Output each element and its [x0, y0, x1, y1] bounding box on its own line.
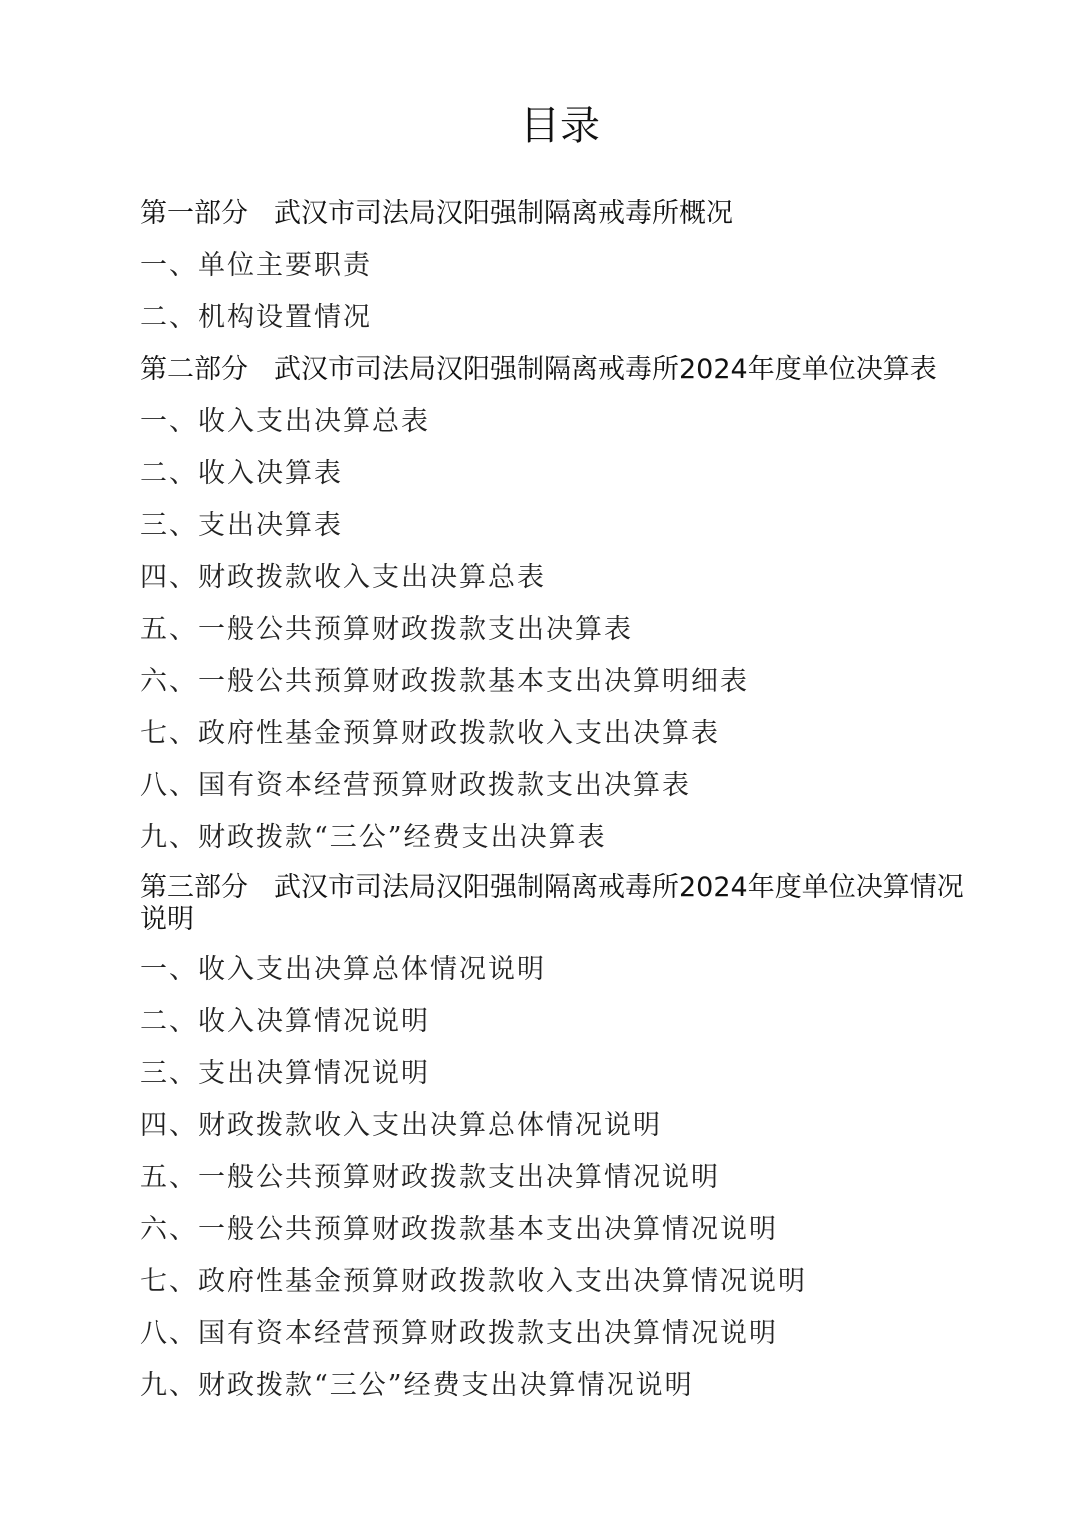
- toc-part-1[interactable]: 第一部分武汉市司法局汉阳强制隔离戒毒所概况: [140, 196, 980, 248]
- toc-item[interactable]: 二、收入决算情况说明: [140, 1004, 980, 1056]
- toc-item[interactable]: 一、收入支出决算总体情况说明: [140, 952, 980, 1004]
- toc-item[interactable]: 一、收入支出决算总表: [140, 404, 980, 456]
- part-title: 武汉市司法局汉阳强制隔离戒毒所概况: [274, 198, 733, 229]
- toc-part-2[interactable]: 第二部分武汉市司法局汉阳强制隔离戒毒所2024年度单位决算表: [140, 352, 980, 404]
- toc-item[interactable]: 七、政府性基金预算财政拨款收入支出决算情况说明: [140, 1264, 980, 1316]
- toc-item[interactable]: 九、财政拨款“三公”经费支出决算情况说明: [140, 1368, 980, 1420]
- part-label: 第一部分: [140, 196, 248, 232]
- table-of-contents: 第一部分武汉市司法局汉阳强制隔离戒毒所概况 一、单位主要职责 二、机构设置情况 …: [140, 196, 980, 1420]
- toc-item[interactable]: 一、单位主要职责: [140, 248, 980, 300]
- toc-item[interactable]: 二、机构设置情况: [140, 300, 980, 352]
- toc-item[interactable]: 四、财政拨款收入支出决算总体情况说明: [140, 1108, 980, 1160]
- toc-item[interactable]: 九、财政拨款“三公”经费支出决算表: [140, 820, 980, 872]
- toc-item[interactable]: 三、支出决算情况说明: [140, 1056, 980, 1108]
- toc-item[interactable]: 五、一般公共预算财政拨款支出决算情况说明: [140, 1160, 980, 1212]
- toc-item[interactable]: 六、一般公共预算财政拨款基本支出决算情况说明: [140, 1212, 980, 1264]
- toc-item[interactable]: 五、一般公共预算财政拨款支出决算表: [140, 612, 980, 664]
- part-title: 武汉市司法局汉阳强制隔离戒毒所2024年度单位决算表: [274, 354, 937, 385]
- toc-item[interactable]: 四、财政拨款收入支出决算总表: [140, 560, 980, 612]
- toc-item[interactable]: 二、收入决算表: [140, 456, 980, 508]
- toc-part-3[interactable]: 第三部分武汉市司法局汉阳强制隔离戒毒所2024年度单位决算情况说明: [140, 872, 980, 936]
- toc-item[interactable]: 六、一般公共预算财政拨款基本支出决算明细表: [140, 664, 980, 716]
- toc-item[interactable]: 八、国有资本经营预算财政拨款支出决算表: [140, 768, 980, 820]
- part-label: 第三部分: [140, 872, 248, 904]
- toc-item[interactable]: 七、政府性基金预算财政拨款收入支出决算表: [140, 716, 980, 768]
- page-title: 目录: [0, 98, 1074, 154]
- document-page: 目录 第一部分武汉市司法局汉阳强制隔离戒毒所概况 一、单位主要职责 二、机构设置…: [0, 0, 1074, 1520]
- part-title: 武汉市司法局汉阳强制隔离戒毒所2024年度单位决算情况说明: [140, 872, 964, 935]
- toc-item[interactable]: 三、支出决算表: [140, 508, 980, 560]
- toc-item[interactable]: 八、国有资本经营预算财政拨款支出决算情况说明: [140, 1316, 980, 1368]
- part-label: 第二部分: [140, 352, 248, 388]
